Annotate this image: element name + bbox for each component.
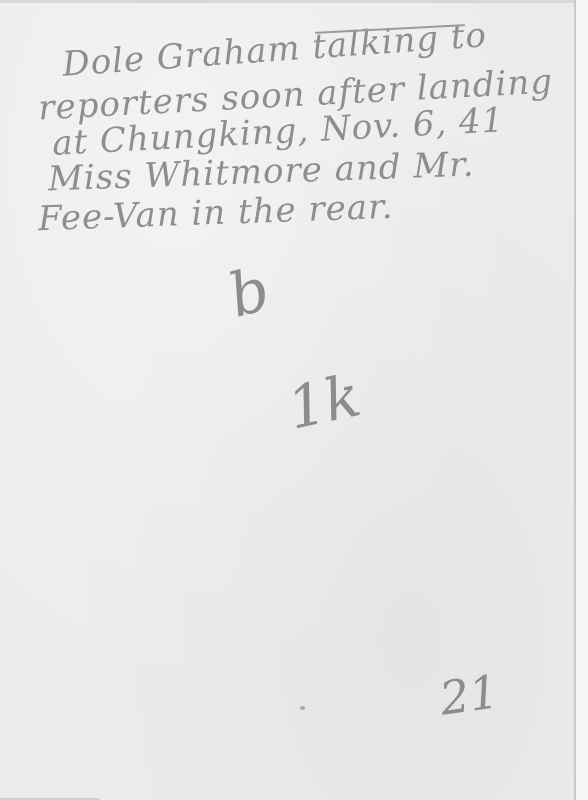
number-mark: 1k <box>282 361 367 442</box>
flourish-mark: b <box>222 254 277 332</box>
photo-back-card: Dole Graham talking to reporters soon af… <box>0 0 588 800</box>
handwritten-caption: Dole Graham talking to reporters soon af… <box>0 0 588 800</box>
page-number: 21 <box>437 664 502 726</box>
ink-speck <box>300 706 305 710</box>
